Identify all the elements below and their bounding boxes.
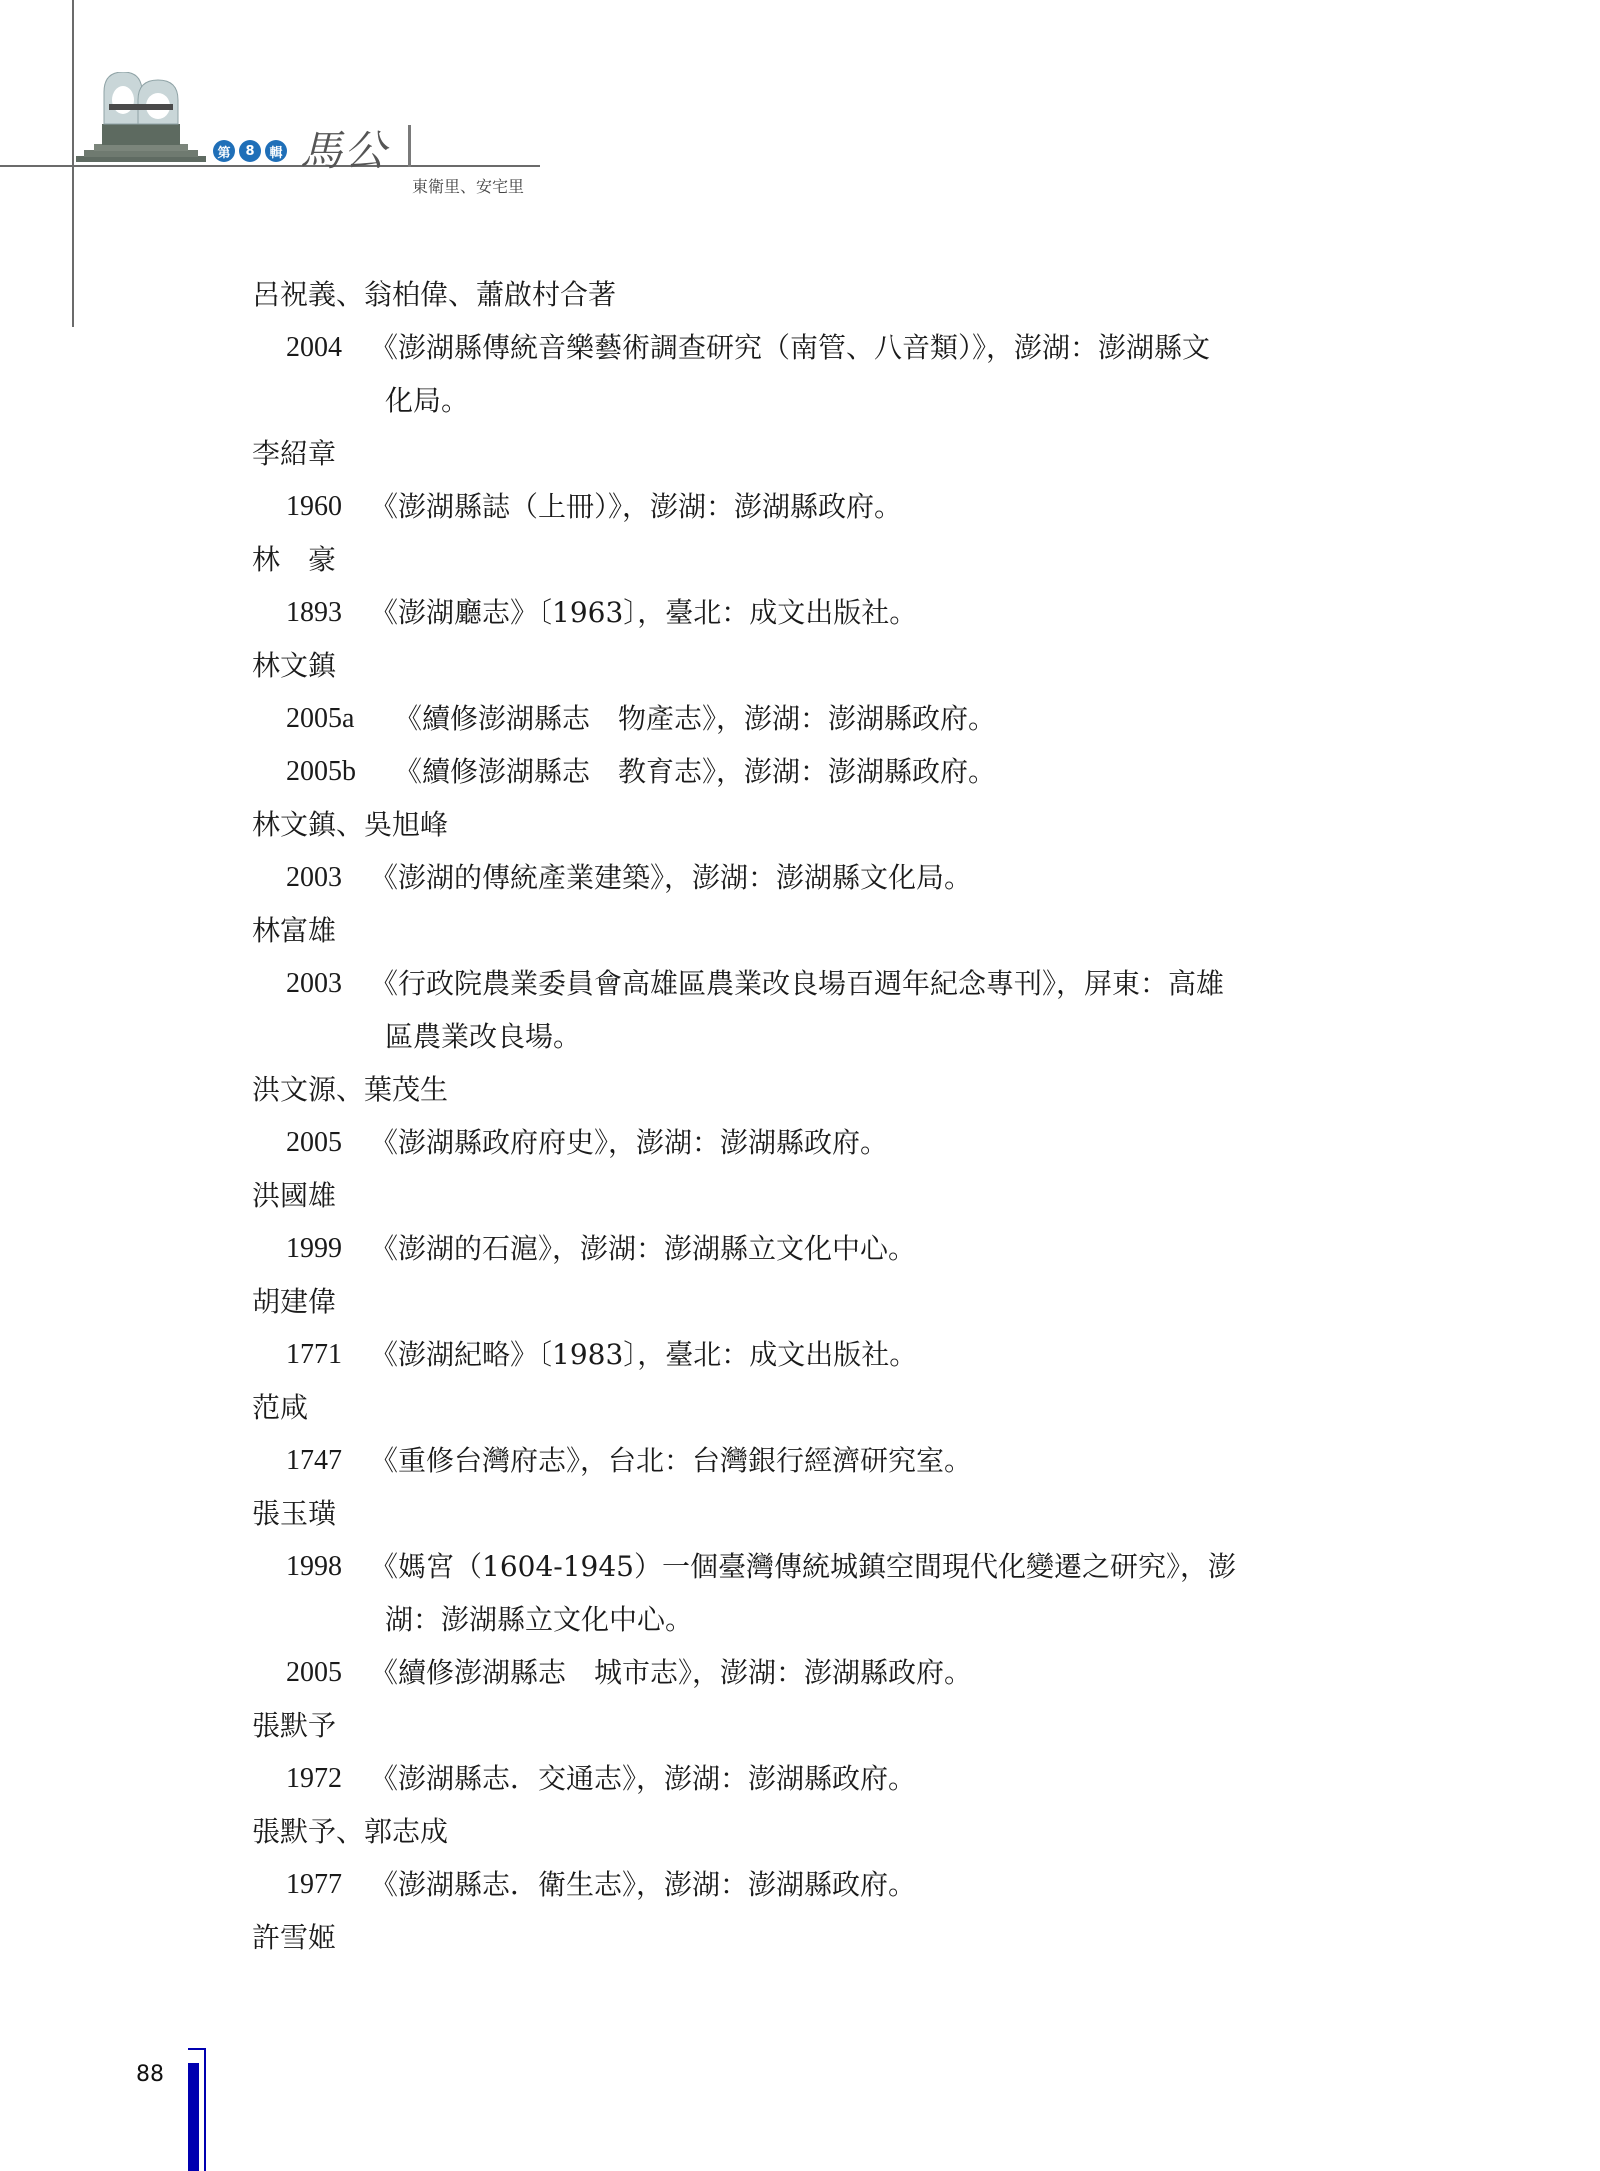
reference-year: 1960 <box>252 480 370 533</box>
reference-entry: 1999 《澎湖的石滬》，澎湖：澎湖縣立文化中心。 <box>252 1222 1422 1275</box>
reference-year: 1999 <box>252 1222 370 1275</box>
header-horizontal-rule <box>0 165 540 167</box>
series-badge: 8 <box>239 140 261 162</box>
reference-author: 林 豪 <box>252 533 1422 586</box>
reference-text: 《媽宮（1604-1945）一個臺灣傳統城鎮空間現代化變遷之研究》，澎 <box>370 1540 1236 1593</box>
reference-year: 1747 <box>252 1434 370 1487</box>
reference-year: 1998 <box>252 1540 370 1593</box>
reference-text-continued: 湖：澎湖縣立文化中心。 <box>252 1593 1422 1646</box>
reference-entry: 2003 《澎湖的傳統產業建築》，澎湖：澎湖縣文化局。 <box>252 851 1422 904</box>
reference-text: 《澎湖廳志》〔1963〕，臺北：成文出版社。 <box>370 586 917 639</box>
reference-author: 呂祝義、翁柏偉、蕭啟村合著 <box>252 268 1422 321</box>
reference-year: 1893 <box>252 586 370 639</box>
chapter-subtitle: 東衛里、安宅里 <box>412 174 524 197</box>
reference-entry: 1977 《澎湖縣志．衛生志》，澎湖：澎湖縣政府。 <box>252 1858 1422 1911</box>
reference-entry: 1893 《澎湖廳志》〔1963〕，臺北：成文出版社。 <box>252 586 1422 639</box>
reference-entry: 2005a 《續修澎湖縣志 物產志》，澎湖：澎湖縣政府。 <box>252 692 1422 745</box>
book-title: 馬公 <box>300 118 388 178</box>
reference-year: 1977 <box>252 1858 370 1911</box>
reference-author: 許雪姬 <box>252 1911 1422 1964</box>
reference-author: 范咸 <box>252 1381 1422 1434</box>
reference-text-continued: 化局。 <box>252 374 1422 427</box>
reference-entry: 2004 《澎湖縣傳統音樂藝術調查研究（南管、八音類）》，澎湖：澎湖縣文 <box>252 321 1422 374</box>
reference-author: 林富雄 <box>252 904 1422 957</box>
reference-year: 2005 <box>252 1646 370 1699</box>
reference-author: 林文鎮 <box>252 639 1422 692</box>
reference-entry: 1747 《重修台灣府志》，台北：台灣銀行經濟研究室。 <box>252 1434 1422 1487</box>
reference-text: 《澎湖縣傳統音樂藝術調查研究（南管、八音類）》，澎湖：澎湖縣文 <box>370 321 1210 374</box>
series-badge: 輯 <box>265 140 287 162</box>
title-divider <box>408 125 411 167</box>
reference-year: 2003 <box>252 957 370 1010</box>
reference-author: 洪國雄 <box>252 1169 1422 1222</box>
reference-year: 2004 <box>252 321 370 374</box>
reference-text-continued: 區農業改良場。 <box>252 1010 1422 1063</box>
reference-year: 1972 <box>252 1752 370 1805</box>
reference-entry: 1960 《澎湖縣誌（上冊）》，澎湖：澎湖縣政府。 <box>252 480 1422 533</box>
reference-list: 呂祝義、翁柏偉、蕭啟村合著 2004 《澎湖縣傳統音樂藝術調查研究（南管、八音類… <box>252 268 1422 1964</box>
page-number: 88 <box>136 2062 164 2087</box>
reference-text: 《澎湖的石滬》，澎湖：澎湖縣立文化中心。 <box>370 1222 916 1275</box>
reference-entry: 1771 《澎湖紀略》〔1983〕，臺北：成文出版社。 <box>252 1328 1422 1381</box>
margin-vertical-rule <box>72 0 74 327</box>
reference-year: 2005a <box>252 692 394 745</box>
series-badges: 第 8 輯 <box>213 140 287 162</box>
reference-text: 《澎湖縣政府府史》，澎湖：澎湖縣政府。 <box>370 1116 888 1169</box>
reference-author: 李紹章 <box>252 427 1422 480</box>
reference-entry: 2003 《行政院農業委員會高雄區農業改良場百週年紀念專刊》，屏東：高雄 <box>252 957 1422 1010</box>
reference-author: 張默予 <box>252 1699 1422 1752</box>
series-badge: 第 <box>213 140 235 162</box>
reference-text: 《澎湖紀略》〔1983〕，臺北：成文出版社。 <box>370 1328 917 1381</box>
reference-year: 2003 <box>252 851 370 904</box>
reference-text: 《重修台灣府志》，台北：台灣銀行經濟研究室。 <box>370 1434 972 1487</box>
reference-year: 1771 <box>252 1328 370 1381</box>
reference-text: 《澎湖縣志．交通志》，澎湖：澎湖縣政府。 <box>370 1752 916 1805</box>
monument-logo-icon <box>76 72 206 164</box>
reference-year: 2005b <box>252 745 394 798</box>
reference-author: 張玉璜 <box>252 1487 1422 1540</box>
reference-entry: 1972 《澎湖縣志．交通志》，澎湖：澎湖縣政府。 <box>252 1752 1422 1805</box>
reference-text: 《澎湖的傳統產業建築》，澎湖：澎湖縣文化局。 <box>370 851 972 904</box>
reference-entry: 2005b 《續修澎湖縣志 教育志》，澎湖：澎湖縣政府。 <box>252 745 1422 798</box>
reference-text: 《澎湖縣志．衛生志》，澎湖：澎湖縣政府。 <box>370 1858 916 1911</box>
reference-text: 《續修澎湖縣志 教育志》，澎湖：澎湖縣政府。 <box>394 745 996 798</box>
reference-author: 胡建偉 <box>252 1275 1422 1328</box>
reference-year: 2005 <box>252 1116 370 1169</box>
reference-entry: 1998 《媽宮（1604-1945）一個臺灣傳統城鎮空間現代化變遷之研究》，澎 <box>252 1540 1422 1593</box>
reference-text: 《續修澎湖縣志 物產志》，澎湖：澎湖縣政府。 <box>394 692 996 745</box>
reference-author: 張默予、郭志成 <box>252 1805 1422 1858</box>
reference-text: 《行政院農業委員會高雄區農業改良場百週年紀念專刊》，屏東：高雄 <box>370 957 1224 1010</box>
reference-text: 《續修澎湖縣志 城市志》，澎湖：澎湖縣政府。 <box>370 1646 972 1699</box>
reference-author: 林文鎮、吳旭峰 <box>252 798 1422 851</box>
reference-text: 《澎湖縣誌（上冊）》，澎湖：澎湖縣政府。 <box>370 480 902 533</box>
reference-entry: 2005 《續修澎湖縣志 城市志》，澎湖：澎湖縣政府。 <box>252 1646 1422 1699</box>
reference-author: 洪文源、葉茂生 <box>252 1063 1422 1116</box>
page-edge-bar <box>188 2063 199 2171</box>
reference-entry: 2005 《澎湖縣政府府史》，澎湖：澎湖縣政府。 <box>252 1116 1422 1169</box>
